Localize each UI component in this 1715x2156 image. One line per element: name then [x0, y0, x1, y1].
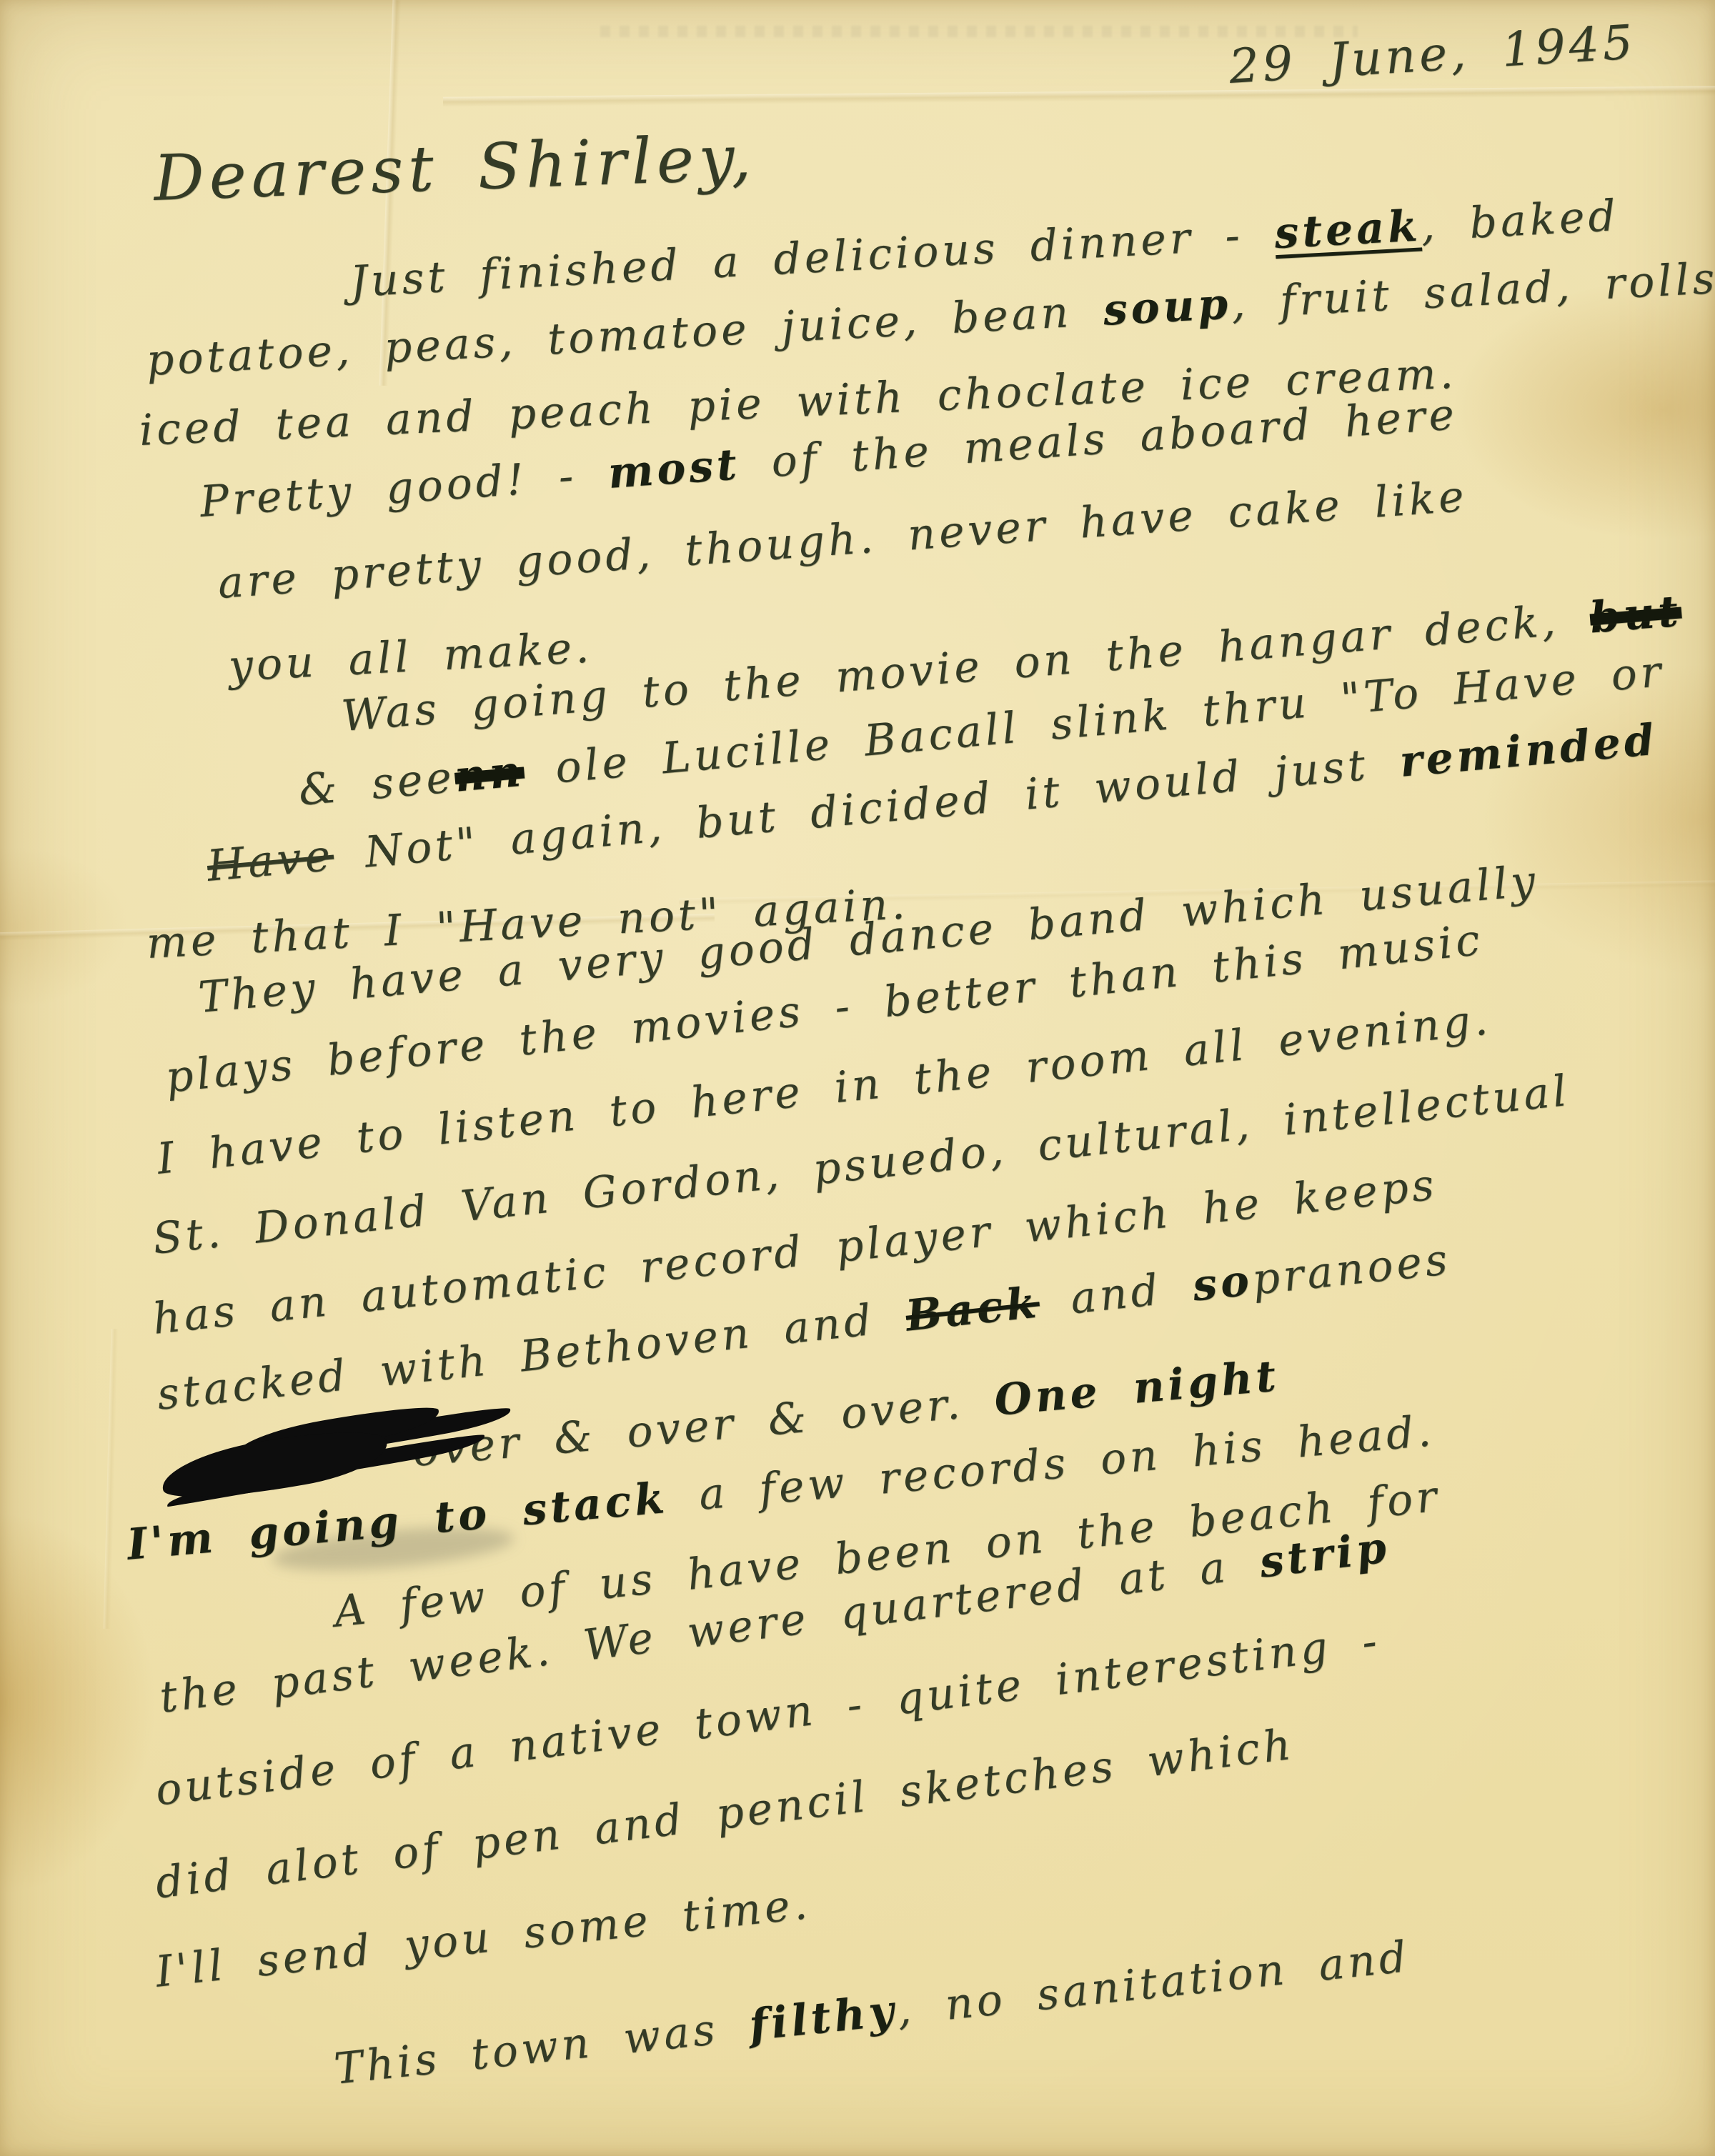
- handwriting-segment: Have: [205, 831, 336, 892]
- handwriting-segment: & see: [297, 752, 457, 816]
- handwriting-segment: , baked: [1420, 191, 1621, 251]
- letter-page: 29 June, 1945 Dearest Shirley, Just fini…: [0, 0, 1715, 2156]
- handwriting-segment: Pretty good! -: [199, 449, 610, 527]
- letter-salutation: Dearest Shirley,: [152, 121, 757, 215]
- handwriting-segment: One night: [993, 1351, 1281, 1426]
- handwriting-segment: This town was: [332, 2001, 752, 2095]
- handwriting-segment: Back: [903, 1277, 1042, 1341]
- handwriting-segment: but: [1588, 587, 1683, 644]
- paper-crease: [443, 86, 1715, 107]
- handwriting-segment: filthy: [747, 1985, 900, 2050]
- paper-crease: [104, 1329, 119, 1629]
- handwriting-segment: , fruit salad, rolls,: [1230, 253, 1715, 329]
- handwriting-segment: steak: [1273, 201, 1423, 259]
- handwriting-segment: and: [1037, 1262, 1195, 1327]
- handwriting-segment: soup: [1102, 279, 1233, 335]
- handwriting-segment: reminded: [1398, 715, 1660, 787]
- handwriting-segment: nn: [452, 747, 526, 802]
- handwriting-segment: most: [607, 439, 742, 499]
- handwriting-segment: pranoes: [1250, 1234, 1453, 1305]
- ghost-text-impression: [600, 26, 1358, 37]
- handwriting-segment: so: [1190, 1255, 1256, 1311]
- handwriting-segment: , no sanitation and: [895, 1932, 1413, 2035]
- ink-redaction-blob: [158, 1420, 392, 1509]
